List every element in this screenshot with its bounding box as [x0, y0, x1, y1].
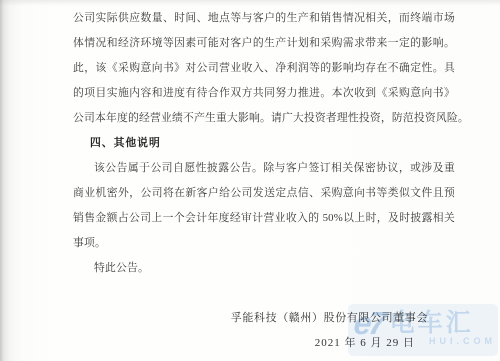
section-heading: 四、其他说明 [73, 131, 455, 156]
paragraph1-line-2: 体情况和经济环境等因素可能对客户的生产计划和采购需求带来一定的影响。因 [73, 31, 455, 56]
paragraph2-line-3: 销售金额占公司上一个会计年度经审计营业收入的 50%以上时，及时披露相关 [73, 206, 455, 231]
document-page: e7 电车汇 HUI.COM 公司实际供应数量、时间、地点等与客户的生产和销售情… [0, 0, 500, 361]
paragraph2-line-2: 商业机密外，公司将在新客户给公司发送定点信、采购意向书等类似文件且预计 [73, 181, 455, 206]
closing-line: 特此公告。 [73, 256, 455, 281]
paragraph1-line-5: 公司本年度的经营业绩不产生重大影响。请广大投资者理性投资，防范投资风险。 [73, 106, 455, 131]
date-line: 2021 年 6 月 29 日 [73, 331, 455, 356]
paragraph2-line-1: 该公告属于公司自愿性披露公告。除与客户签订相关保密协议，或涉及重大 [73, 156, 455, 181]
signature-line: 孚能科技（赣州）股份有限公司董事会 [73, 306, 455, 331]
paragraph2-line-4: 事项。 [73, 231, 455, 256]
paragraph1-line-3: 此，该《采购意向书》对公司营业收入、净利润等的影响均存在不确定性。具体 [73, 56, 455, 81]
blank-space [73, 281, 455, 306]
paragraph1-line-1: 公司实际供应数量、时间、地点等与客户的生产和销售情况相关，而终端市场整 [73, 6, 455, 31]
announcement-body: 公司实际供应数量、时间、地点等与客户的生产和销售情况相关，而终端市场整 体情况和… [73, 6, 455, 356]
paragraph1-line-4: 的项目实施内容和进度有待合作双方共同努力推进。本次收到《采购意向书》对 [73, 81, 455, 106]
